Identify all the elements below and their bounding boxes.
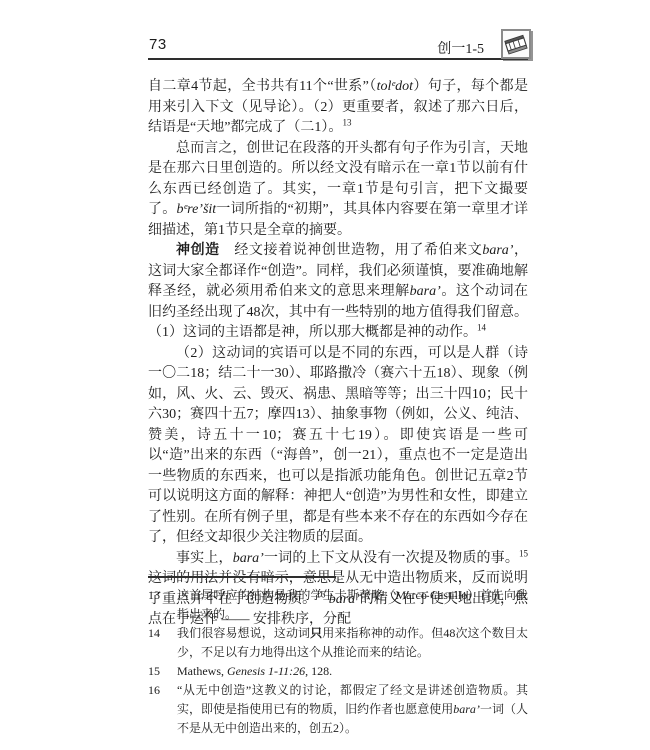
- footnote: 14 我们很容易想说，这动词只用来指称神的动作。但48次这个数目太少，不足以有力…: [148, 624, 528, 662]
- footnote: 13 这首尾呼应的结构是我的学生卡斯蒂略（Marco Castillo）首先向我…: [148, 586, 528, 624]
- page-number: 73: [149, 36, 167, 53]
- footnote-number: 13: [148, 586, 177, 624]
- body-text: 自二章4节起，全书共有11个“世系”（tolᵉdot）句子，每个都是用来引入下文…: [148, 77, 528, 631]
- footnote-text: Mathews, Genesis 1-11:26, 128.: [177, 662, 528, 681]
- footnotes-block: 13 这首尾呼应的结构是我的学生卡斯蒂略（Marco Castillo）首先向我…: [148, 576, 528, 738]
- footnote-number: 16: [148, 681, 177, 738]
- book-icon: [501, 29, 531, 59]
- footnote-number: 14: [148, 624, 177, 662]
- paragraph: 总而言之，创世记在段落的开头都有句子作为引言，天地是在那六日里创造的。所以经文没…: [148, 139, 528, 242]
- paragraph: 自二章4节起，全书共有11个“世系”（tolᵉdot）句子，每个都是用来引入下文…: [148, 77, 528, 139]
- paragraph: 神创造 经文接着说神创世造物，用了希伯来文bara’，这词大家全都译作“创造”。…: [148, 241, 528, 344]
- footnote-text: 这首尾呼应的结构是我的学生卡斯蒂略（Marco Castillo）首先向我指出来…: [177, 586, 528, 624]
- page-header: 73 创一1-5: [148, 34, 528, 60]
- footnote-separator: [148, 576, 336, 578]
- footnote: 16 “从无中创造”这教义的讨论，都假定了经文是讲述创造物质。其实，即使是指使用…: [148, 681, 528, 738]
- book-page: 73 创一1-5 自二章4节起，全书共有11个“世系”（tolᵉdot）句子，每…: [0, 0, 650, 750]
- paragraph: （2）这动词的宾语可以是不同的东西，可以是人群（诗一〇二18；结二十一30）、耶…: [148, 344, 528, 549]
- footnote-text: 我们很容易想说，这动词只用来指称神的动作。但48次这个数目太少，不足以有力地得出…: [177, 624, 528, 662]
- section-reference: 创一1-5: [437, 38, 484, 58]
- footnote-text: “从无中创造”这教义的讨论，都假定了经文是讲述创造物质。其实，即使是指使用已有的…: [177, 681, 528, 738]
- footnote-number: 15: [148, 662, 177, 681]
- footnote: 15 Mathews, Genesis 1-11:26, 128.: [148, 662, 528, 681]
